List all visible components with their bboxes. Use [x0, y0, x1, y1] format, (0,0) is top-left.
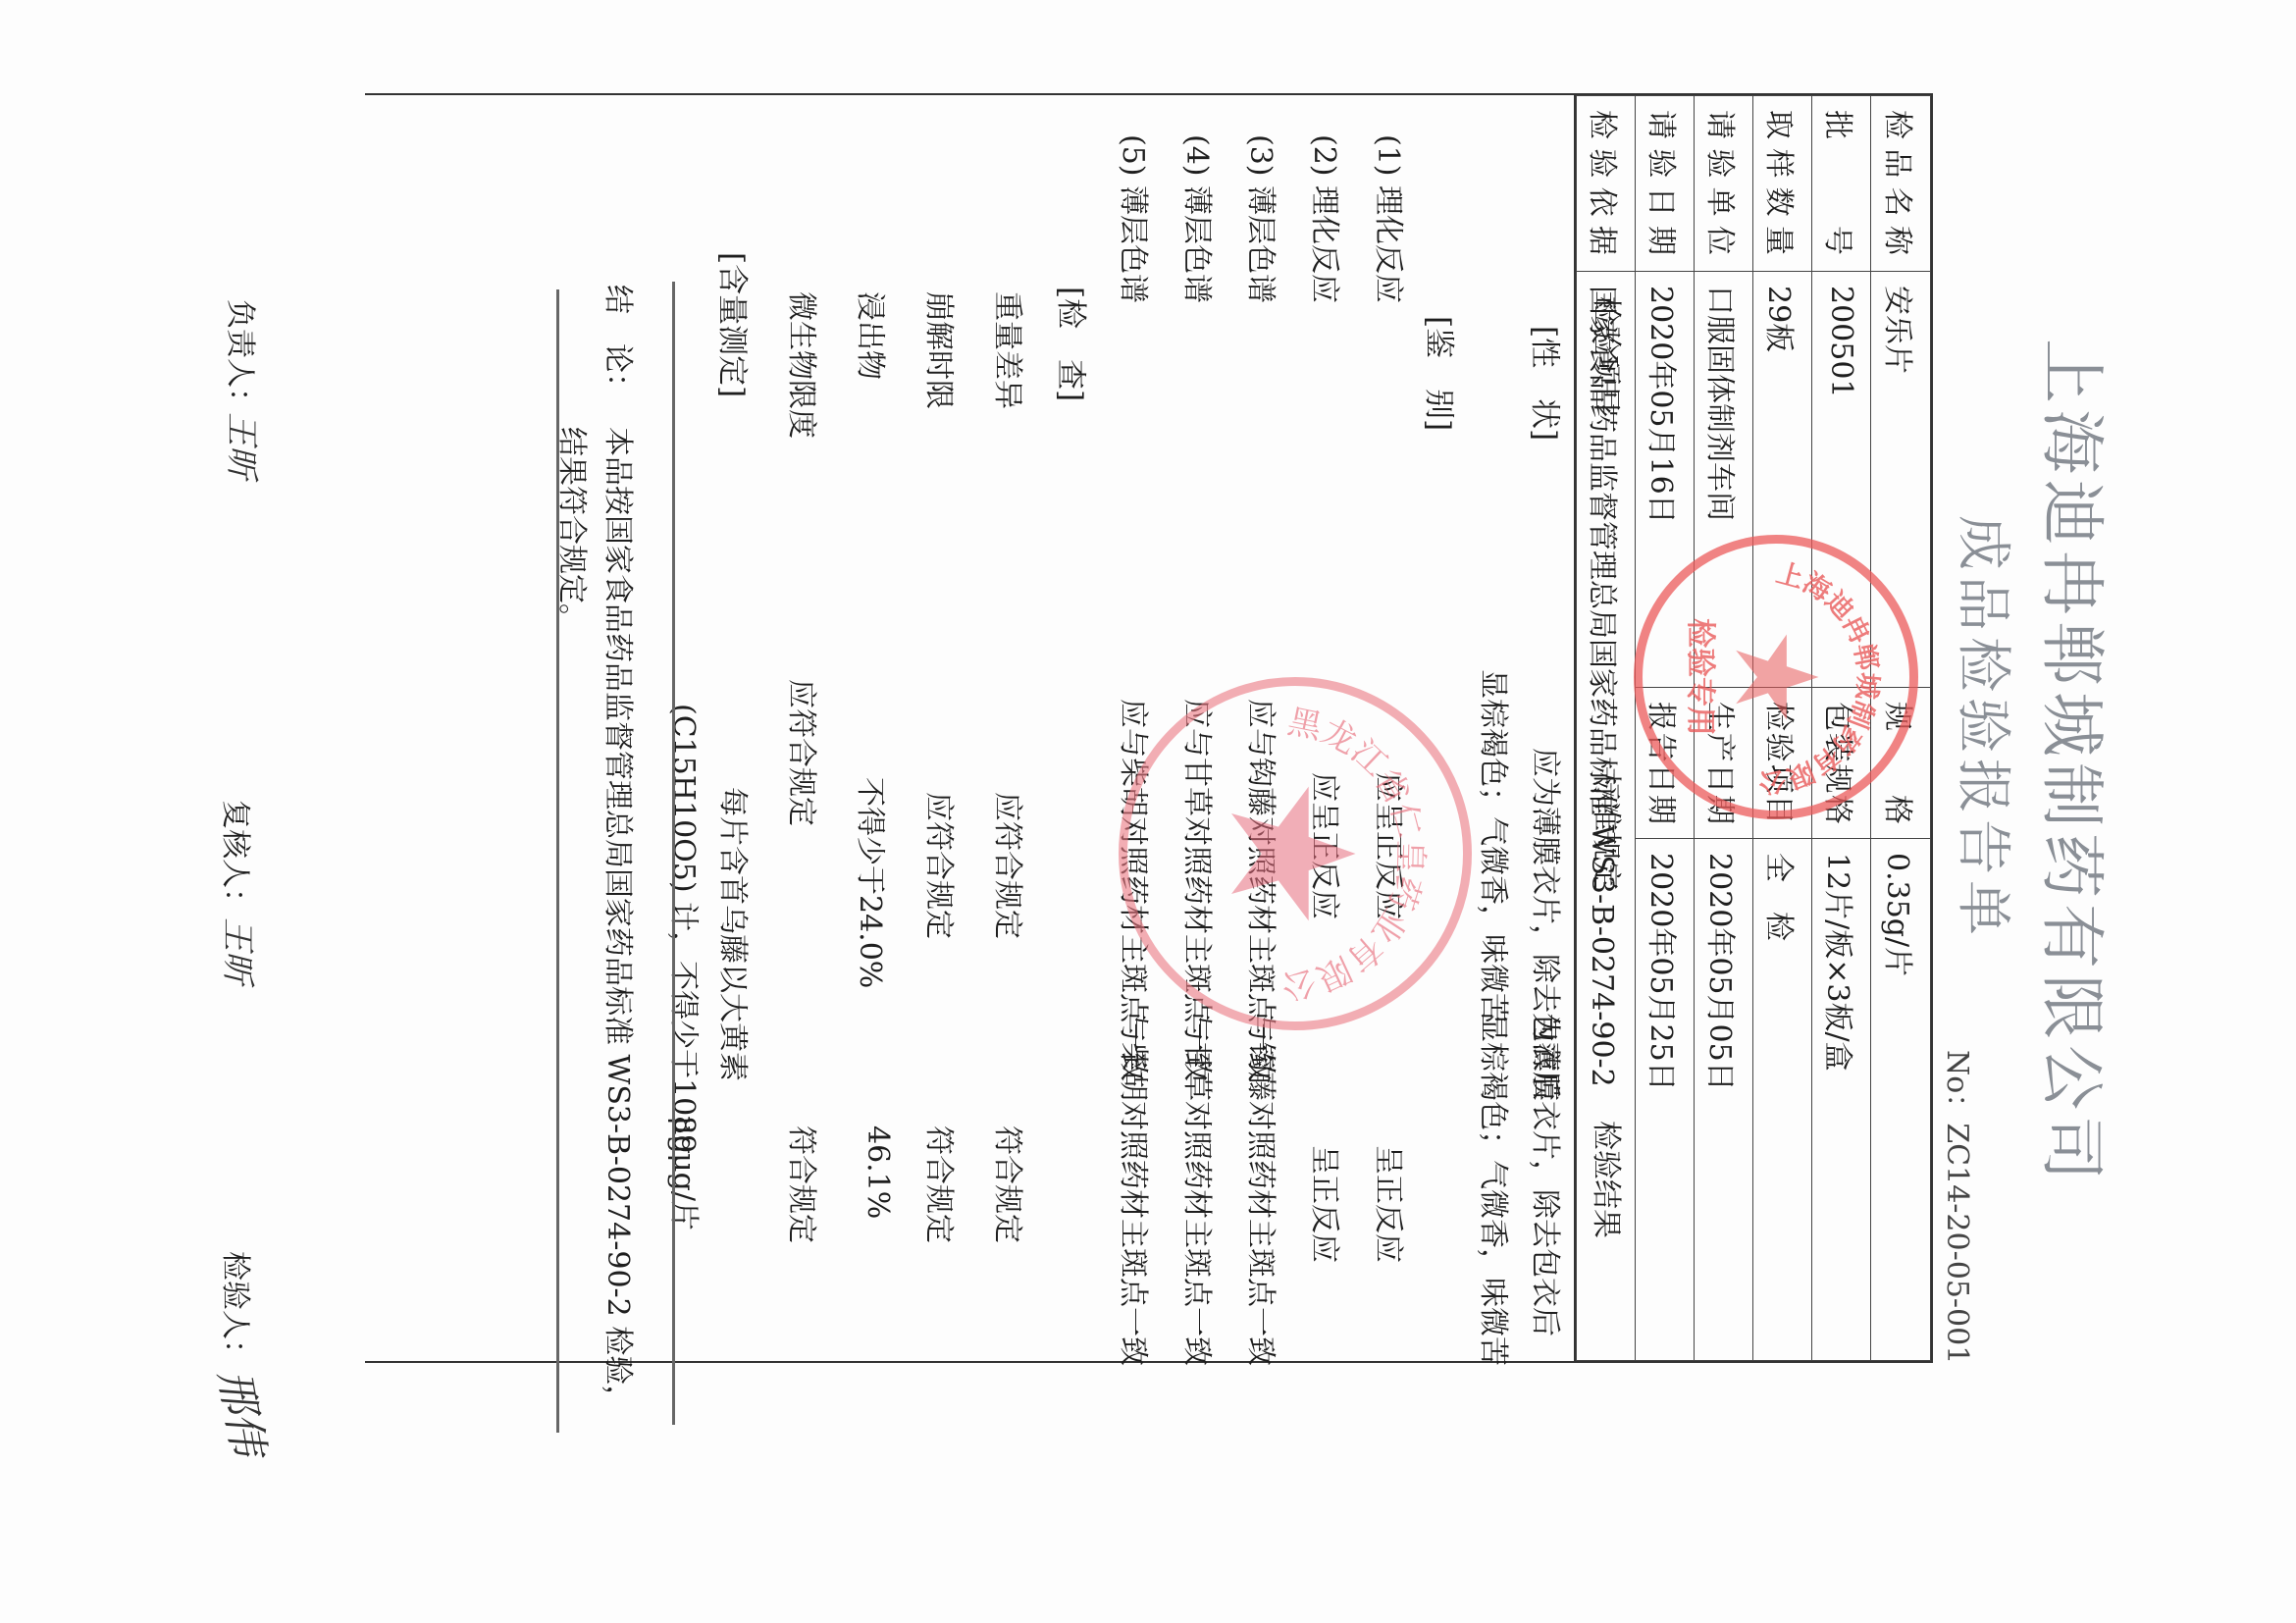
conclusion-text: 本品按国家食品药品监督管理总局国家药品标准 WS3-B-0274-90-2 检验… [600, 427, 643, 1414]
standard-text: 应呈正反应 [1306, 772, 1349, 919]
responsible-signature: 王昕 [221, 412, 269, 479]
standard-text: 应符合规定 [920, 792, 964, 939]
item-name: (4) 薄层色谱 [1178, 134, 1222, 303]
info-value: 2020年05月25日 [1636, 839, 1695, 1361]
info-label: 规 格 [1871, 688, 1931, 839]
col-header-item: 检验项目 [1588, 296, 1631, 414]
result-text: 46.1% [861, 1126, 895, 1219]
standard-text: 应符合规定 [989, 792, 1032, 939]
standard-text: 应呈正反应 [1370, 772, 1413, 919]
info-row: 取样数量 29板 检验项目 全 检 [1753, 96, 1812, 1361]
result-text: 与钩藤对照药材主斑点一致 [1242, 1013, 1285, 1366]
report-title: 成品检验报告单 [1948, 515, 2026, 941]
item-name: 重量差异 [989, 291, 1032, 409]
inspection-report-page: 上海迪冉郸城制药有限公司 成品检验报告单 No：ZC14-20-05-001 检… [0, 0, 2296, 1623]
conclusion-label: 结 论： [600, 285, 643, 402]
doc-no-label: No： [1940, 1050, 1974, 1123]
result-text: 符合规定 [783, 1126, 826, 1243]
item-name: (3) 薄层色谱 [1242, 134, 1285, 303]
info-row: 批 号 200501 包装规格 12片/板×3板/盒 [1812, 96, 1871, 1361]
info-label: 取样数量 [1753, 96, 1812, 272]
col-header-standard: 标准规定 [1588, 772, 1631, 890]
result-text: 为薄膜衣片，除去包衣后 [1527, 1013, 1570, 1336]
result-text: 呈正反应 [1306, 1145, 1349, 1263]
info-value: 全 检 [1753, 839, 1812, 1361]
standard-text: 应符合规定 [783, 679, 826, 826]
result-text: 显棕褐色；气微香，味微苦 [1475, 1013, 1518, 1366]
info-label: 请验日期 [1636, 96, 1695, 272]
info-row: 请验单位 口服固体制剂车间 生产日期 2020年05月05日 [1695, 96, 1753, 1361]
divider [556, 289, 559, 1433]
reviewer-signature: 王昕 [217, 917, 265, 984]
doc-no-value: ZC14-20-05-001 [1940, 1123, 1974, 1364]
info-value: 2020年05月05日 [1695, 839, 1753, 1361]
document-number: No：ZC14-20-05-001 [1939, 1050, 1982, 1364]
info-value: 12片/板×3板/盒 [1812, 839, 1871, 1361]
info-value: 29板 [1753, 272, 1812, 688]
col-header-result: 检验结果 [1588, 1121, 1631, 1238]
standard-text: 显棕褐色；气微香，味微苦 [1475, 669, 1518, 1022]
info-row: 检品名称 安乐片 规 格 0.35g/片 [1871, 96, 1931, 1361]
info-label: 生产日期 [1695, 688, 1753, 839]
inspector-signature: 邢伟 [207, 1364, 284, 1460]
info-label: 检验项目 [1753, 688, 1812, 839]
info-value: 安乐片 [1871, 272, 1931, 688]
section-inspection: [检 查] [1052, 287, 1096, 401]
responsible-label: 负责人： [222, 299, 265, 417]
item-name: 崩解时限 [920, 291, 964, 409]
result-text: 与甘草对照药材主斑点一致 [1178, 1013, 1222, 1366]
result-text: 呈正反应 [1370, 1145, 1413, 1263]
info-label: 请验单位 [1695, 96, 1753, 272]
info-label: 批 号 [1812, 96, 1871, 272]
info-value: 2020年05月16日 [1636, 272, 1695, 688]
info-label: 检品名称 [1871, 96, 1931, 272]
item-name: (2) 理化反应 [1306, 134, 1349, 303]
result-text: 符合规定 [920, 1126, 964, 1243]
info-value: 0.35g/片 [1871, 839, 1931, 1361]
info-value: 200501 [1812, 272, 1871, 688]
result-text: 符合规定 [989, 1126, 1032, 1243]
result-text: 与柴胡对照药材主斑点一致 [1115, 1013, 1158, 1366]
section-assay: [含量测定] [713, 252, 757, 397]
item-name: 微生物限度 [783, 291, 826, 439]
info-label: 包装规格 [1812, 688, 1871, 839]
info-value: 口服固体制剂车间 [1695, 272, 1753, 688]
inspector-label: 检验人： [217, 1251, 260, 1369]
standard-text: 每片含首乌藤以大黄素 [714, 787, 757, 1081]
section-identification: [鉴 别] [1420, 316, 1464, 431]
item-name: (5) 薄层色谱 [1115, 134, 1158, 303]
standard-text: 不得少于24.0% [852, 777, 895, 988]
info-row: 请验日期 2020年05月16日 报告日期 2020年05月25日 [1636, 96, 1695, 1361]
reviewer-label: 复核人： [217, 800, 260, 917]
section-character: [性 状] [1526, 326, 1570, 441]
divider [672, 282, 675, 1425]
conclusion-text: 结果符合规定。 [553, 427, 597, 633]
company-name: 上海迪冉郸城制药有限公司 [2031, 339, 2124, 1186]
item-name: 浸出物 [852, 291, 895, 380]
item-name: (1) 理化反应 [1370, 134, 1413, 303]
info-label: 报告日期 [1636, 688, 1695, 839]
